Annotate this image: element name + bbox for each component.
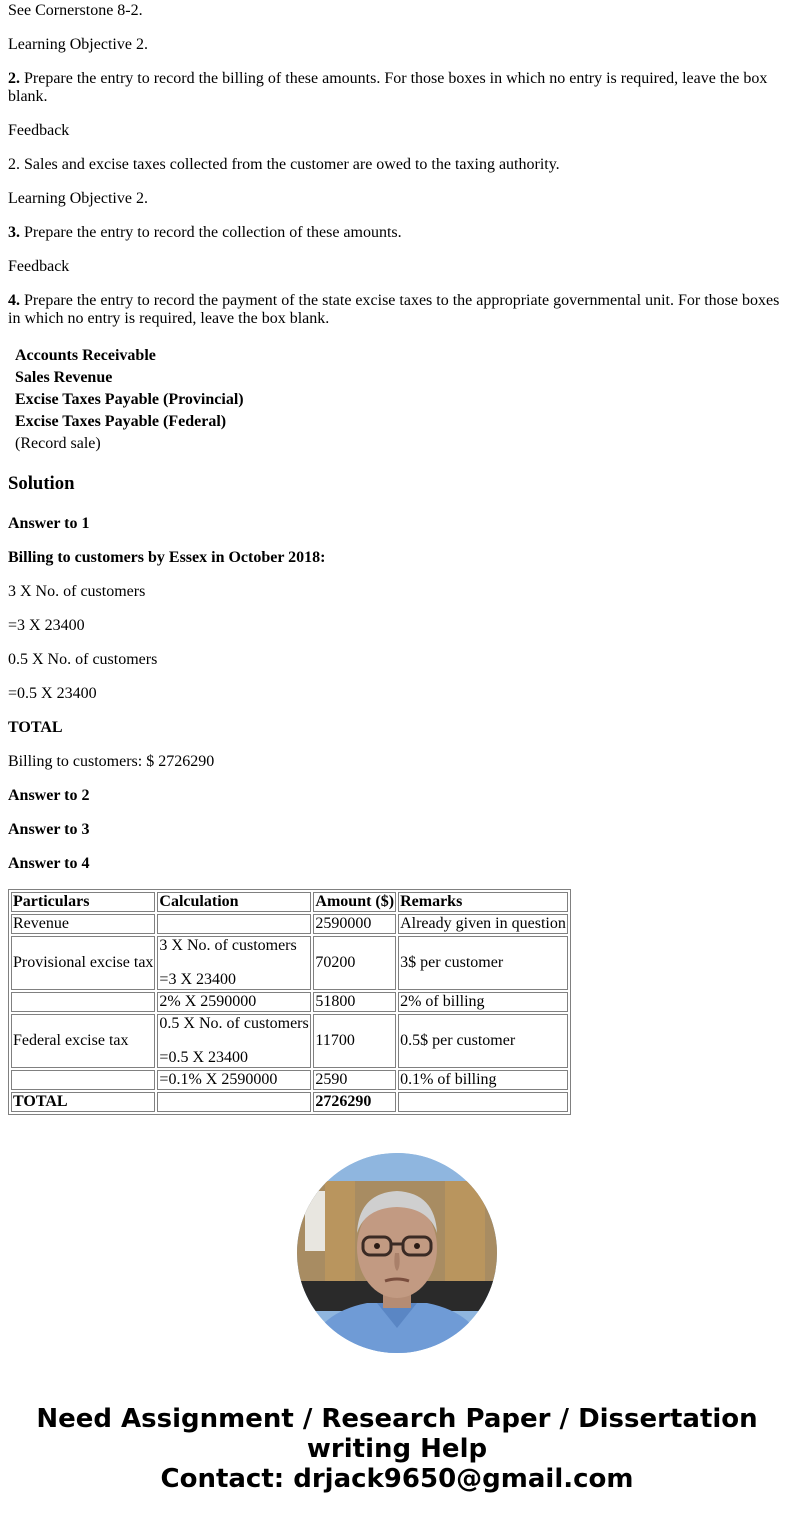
learning-objective: Learning Objective 2. xyxy=(8,36,786,54)
answer-4-heading: Answer to 4 xyxy=(8,855,89,872)
solution-heading: Solution xyxy=(8,475,74,493)
table-row: =0.1% X 2590000 2590 0.1% of billing xyxy=(11,1070,568,1090)
calc-line: 3 X No. of customers xyxy=(8,583,786,601)
cell-calculation xyxy=(157,914,311,934)
calc-line-2: =3 X 23400 xyxy=(159,971,309,989)
total-label: TOTAL xyxy=(8,719,63,736)
question-number: 4. xyxy=(8,292,20,309)
calc-line: =3 X 23400 xyxy=(8,617,786,635)
cell-amount: 2590 xyxy=(313,1070,396,1090)
cell-particulars: Provisional excise tax xyxy=(11,936,155,990)
cell-calculation: 0.5 X No. of customers =0.5 X 23400 xyxy=(157,1014,311,1068)
cell-remarks: Already given in question xyxy=(398,914,568,934)
calc-line-2: =0.5 X 23400 xyxy=(159,1049,309,1067)
cell-remarks: 2% of billing xyxy=(398,992,568,1012)
answer-1-heading: Answer to 1 xyxy=(8,515,89,532)
cell-particulars: TOTAL xyxy=(11,1092,155,1112)
question-4: 4. Prepare the entry to record the payme… xyxy=(8,292,786,328)
question-3: 3. Prepare the entry to record the colle… xyxy=(8,224,786,242)
question-text: Prepare the entry to record the billing … xyxy=(8,70,767,105)
billing-result: Billing to customers: $ 2726290 xyxy=(8,753,786,771)
cell-particulars: Federal excise tax xyxy=(11,1014,155,1068)
cell-amount: 70200 xyxy=(313,936,396,990)
question-2: 2. Prepare the entry to record the billi… xyxy=(8,70,786,106)
promo-banner: Need Assignment / Research Paper / Disse… xyxy=(0,1404,794,1494)
cell-calculation: 3 X No. of customers =3 X 23400 xyxy=(157,936,311,990)
cell-remarks: 0.5$ per customer xyxy=(398,1014,568,1068)
account-name: Sales Revenue xyxy=(15,369,112,386)
question-number: 2. xyxy=(8,70,20,87)
question-number: 3. xyxy=(8,224,20,241)
header-particulars: Particulars xyxy=(11,892,155,912)
cell-particulars: Revenue xyxy=(11,914,155,934)
header-calculation: Calculation xyxy=(157,892,311,912)
header-amount: Amount ($) xyxy=(313,892,396,912)
table-row: Revenue 2590000 Already given in questio… xyxy=(11,914,568,934)
billing-heading: Billing to customers by Essex in October… xyxy=(8,549,325,566)
header-remarks: Remarks xyxy=(398,892,568,912)
record-note: (Record sale) xyxy=(15,434,244,456)
feedback-label: Feedback xyxy=(8,122,786,140)
cell-amount: 11700 xyxy=(313,1014,396,1068)
question-text: Prepare the entry to record the collecti… xyxy=(20,224,402,241)
cell-calculation: =0.1% X 2590000 xyxy=(157,1070,311,1090)
cell-remarks xyxy=(398,1092,568,1112)
cell-remarks: 0.1% of billing xyxy=(398,1070,568,1090)
promo-line: Need Assignment / Research Paper / Disse… xyxy=(0,1404,794,1434)
account-name: Excise Taxes Payable (Federal) xyxy=(15,413,226,430)
question-text: Prepare the entry to record the payment … xyxy=(8,292,779,327)
answer-3-heading: Answer to 3 xyxy=(8,821,89,838)
cell-particulars xyxy=(11,992,155,1012)
table-row: Provisional excise tax 3 X No. of custom… xyxy=(11,936,568,990)
answer-2-heading: Answer to 2 xyxy=(8,787,89,804)
promo-line: writing Help xyxy=(0,1434,794,1464)
table-row: 2% X 2590000 51800 2% of billing xyxy=(11,992,568,1012)
account-name: Accounts Receivable xyxy=(15,347,156,364)
see-reference: See Cornerstone 8-2. xyxy=(8,2,786,20)
cell-calculation: 2% X 2590000 xyxy=(157,992,311,1012)
person-portrait-icon xyxy=(297,1153,497,1353)
author-avatar xyxy=(297,1153,497,1353)
promo-contact: Contact: drjack9650@gmail.com xyxy=(0,1464,794,1494)
feedback-text: 2. Sales and excise taxes collected from… xyxy=(8,156,786,174)
learning-objective: Learning Objective 2. xyxy=(8,190,786,208)
cell-calculation xyxy=(157,1092,311,1112)
cell-amount: 2726290 xyxy=(313,1092,396,1112)
feedback-label: Feedback xyxy=(8,258,786,276)
table-row: Federal excise tax 0.5 X No. of customer… xyxy=(11,1014,568,1068)
calc-line: =0.5 X 23400 xyxy=(8,685,786,703)
table-header-row: Particulars Calculation Amount ($) Remar… xyxy=(11,892,568,912)
cell-amount: 2590000 xyxy=(313,914,396,934)
cell-remarks: 3$ per customer xyxy=(398,936,568,990)
cell-amount: 51800 xyxy=(313,992,396,1012)
calculation-table: Particulars Calculation Amount ($) Remar… xyxy=(8,889,571,1115)
cell-particulars xyxy=(11,1070,155,1090)
calc-line-1: 0.5 X No. of customers xyxy=(159,1015,309,1033)
account-name: Excise Taxes Payable (Provincial) xyxy=(15,391,244,408)
journal-accounts: Accounts Receivable Sales Revenue Excise… xyxy=(15,346,244,456)
calc-line: 0.5 X No. of customers xyxy=(8,651,786,669)
calc-line-1: 3 X No. of customers xyxy=(159,937,309,955)
table-total-row: TOTAL 2726290 xyxy=(11,1092,568,1112)
